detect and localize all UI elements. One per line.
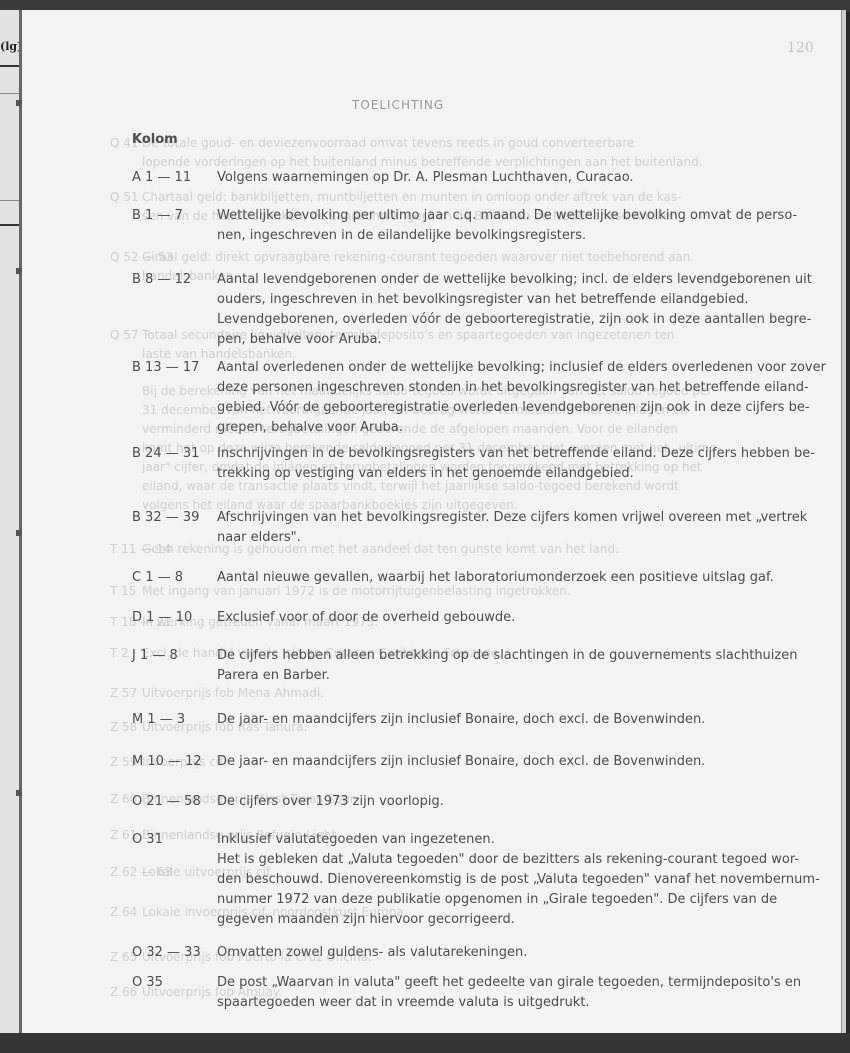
note-text: De cijfers hebben alleen betrekking op d… <box>217 648 797 663</box>
front-note-code: Q 57 <box>110 328 139 342</box>
note-text-continued: nen, ingeschreven in de eilandelijke bev… <box>217 228 586 243</box>
note-item: B 32 — 39Afschrijvingen van het bevolkin… <box>132 510 807 525</box>
front-note-text: eiland, waar de transactie plaats vindt,… <box>142 479 679 493</box>
note-item: O 35De post „Waarvan in valuta" geeft he… <box>132 975 801 990</box>
note-text: Exclusief voor of door de overheid gebou… <box>217 610 515 625</box>
note-item: A 1 — 11Volgens waarnemingen op Dr. A. P… <box>132 170 634 185</box>
front-note-code: Z 57 <box>110 686 137 700</box>
previous-page-edge: (lg) <box>0 10 20 1040</box>
note-text: Afschrijvingen van het bevolkingsregiste… <box>217 510 807 525</box>
note-item: B 13 — 17Aantal overledenen onder de wet… <box>132 360 826 375</box>
note-text-continued: naar elders". <box>217 530 301 545</box>
note-text: Omvatten zowel guldens- als valutarekeni… <box>217 945 527 960</box>
note-item: C 1 — 8Aantal nieuwe gevallen, waarbij h… <box>132 570 774 585</box>
note-code: O 32 — 33 <box>132 945 217 960</box>
note-item: O 31Inklusief valutategoeden van ingezet… <box>132 832 495 847</box>
note-text: Aantal overledenen onder de wettelijke b… <box>217 360 826 375</box>
front-note-text: Geen rekening is gehouden met het aandee… <box>142 542 619 556</box>
divider <box>0 93 20 94</box>
note-text-continued: pen, behalve voor Aruba. <box>217 332 382 347</box>
note-text: Inschrijvingen in de bevolkingsregisters… <box>217 446 815 461</box>
note-item: B 1 — 7Wettelijke bevolking per ultimo j… <box>132 208 797 223</box>
page-title: TOELICHTING <box>352 98 444 112</box>
front-note-text: laste van handelsbanken. <box>142 347 296 361</box>
note-text-continued: Levendgeborenen, overleden vóór de geboo… <box>217 312 811 327</box>
front-note-code: T 15 <box>110 584 136 598</box>
note-text: De jaar- en maandcijfers zijn inclusief … <box>217 754 705 769</box>
note-code: C 1 — 8 <box>132 570 217 585</box>
front-note-text: De totale goud- en deviezenvoorraad omva… <box>142 136 634 150</box>
front-note-code: Q 51 <box>110 190 139 204</box>
note-code: B 24 — 31 <box>132 446 217 461</box>
note-text: Wettelijke bevolking per ultimo jaar c.q… <box>217 208 797 223</box>
front-note-code: Z 64 <box>110 905 137 919</box>
divider <box>0 224 20 226</box>
note-code: B 8 — 12 <box>132 272 217 287</box>
page-edge <box>841 10 846 1040</box>
note-text: De jaar- en maandcijfers zijn inclusief … <box>217 712 705 727</box>
note-text-continued: den beschouwd. Dienovereenkomstig is de … <box>217 872 820 887</box>
column-header: Kolom <box>132 132 178 147</box>
front-note-text: Met ingang van januari 1972 is de motorr… <box>142 584 571 598</box>
note-text-continued: Parera en Barber. <box>217 668 330 683</box>
front-note-text: lopende vorderingen op het buitenland mi… <box>142 155 703 169</box>
note-code: A 1 — 11 <box>132 170 217 185</box>
note-text-continued: gebied. Vóór de geboorteregistratie over… <box>217 400 810 415</box>
note-text-continued: spaartegoeden weer dat in vreemde valuta… <box>217 995 590 1010</box>
note-code: D 1 — 10 <box>132 610 217 625</box>
note-text-continued: grepen, behalve voor Aruba. <box>217 420 403 435</box>
note-text: Volgens waarnemingen op Dr. A. Plesman L… <box>217 170 634 185</box>
page-number: 120 <box>787 40 814 56</box>
note-item: B 8 — 12Aantal levendgeborenen onder de … <box>132 272 812 287</box>
note-text: De post „Waarvan in valuta" geeft het ge… <box>217 975 801 990</box>
note-code: O 31 <box>132 832 217 847</box>
note-code: B 32 — 39 <box>132 510 217 525</box>
note-code: M 10 — 12 <box>132 754 217 769</box>
note-text-continued: trekking op vestiging van elders in het … <box>217 466 634 481</box>
note-item: M 1 — 3De jaar- en maandcijfers zijn inc… <box>132 712 705 727</box>
note-code: O 21 — 58 <box>132 794 217 809</box>
note-text: Inklusief valutategoeden van ingezetenen… <box>217 832 495 847</box>
note-text-continued: ouders, ingeschreven in het bevolkingsre… <box>217 292 749 307</box>
note-text-continued: Het is gebleken dat „Valuta tegoeden" do… <box>217 852 799 867</box>
document-page: 120 TOELICHTING Q 41De totale goud- en d… <box>22 10 846 1040</box>
note-text: Aantal nieuwe gevallen, waarbij het labo… <box>217 570 774 585</box>
note-text-continued: gegeven maanden zijn hiervoor gecorrigee… <box>217 912 515 927</box>
note-text-continued: deze personen ingeschreven stonden in he… <box>217 380 809 395</box>
note-item: D 1 — 10Exclusief voor of door de overhe… <box>132 610 515 625</box>
note-text: Aantal levendgeborenen onder de wettelij… <box>217 272 812 287</box>
note-text: De cijfers over 1973 zijn voorlopig. <box>217 794 444 809</box>
note-code: B 1 — 7 <box>132 208 217 223</box>
note-item: J 1 — 8De cijfers hebben alleen betrekki… <box>132 648 797 663</box>
note-text-continued: nummer 1972 van deze publikatie opgenome… <box>217 892 777 907</box>
note-item: O 32 — 33Omvatten zowel guldens- als val… <box>132 945 527 960</box>
note-item: M 10 — 12De jaar- en maandcijfers zijn i… <box>132 754 705 769</box>
note-code: O 35 <box>132 975 217 990</box>
front-note-text: Giraal geld: direkt opvraagbare rekening… <box>142 250 691 264</box>
front-note-text: Chartaal geld: bankbiljetten, muntbiljet… <box>142 190 681 204</box>
note-item: B 24 — 31Inschrijvingen in de bevolkings… <box>132 446 815 461</box>
scan-bottom-edge <box>0 1033 850 1053</box>
note-code: B 13 — 17 <box>132 360 217 375</box>
divider <box>0 65 20 67</box>
front-note-text: Uitvoerprijs fob Mena Ahmadi. <box>142 686 324 700</box>
front-note-code: T 2 <box>110 646 129 660</box>
note-code: M 1 — 3 <box>132 712 217 727</box>
note-code: J 1 — 8 <box>132 648 217 663</box>
note-item: O 21 — 58De cijfers over 1973 zijn voorl… <box>132 794 444 809</box>
divider <box>0 200 20 201</box>
